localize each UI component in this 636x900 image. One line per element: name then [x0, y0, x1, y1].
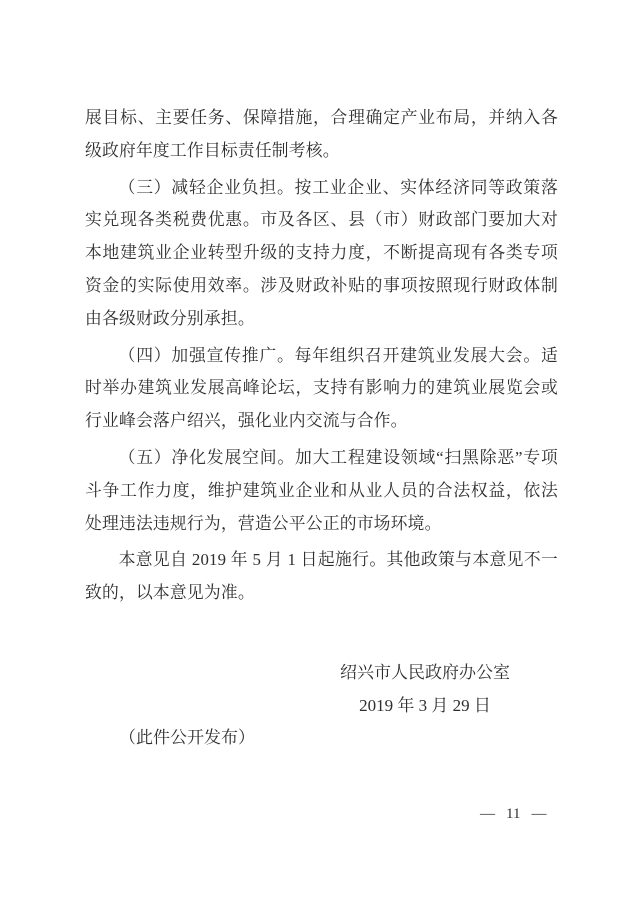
signature-date: 2019 年 3 月 29 日 — [340, 689, 510, 722]
document-page: 展目标、主要任务、保障措施，合理确定产业布局，并纳入各级政府年度工作目标责任制考… — [0, 0, 636, 900]
paragraph-item-5: （五）净化发展空间。加大工程建设领域“扫黑除恶”专项斗争工作力度，维护建筑业企业… — [85, 442, 558, 540]
signature-block: 绍兴市人民政府办公室 2019 年 3 月 29 日 — [340, 656, 510, 722]
page-number: 11 — [506, 803, 520, 825]
paragraph-effective-date: 本意见自 2019 年 5 月 1 日起施行。其他政策与本意见不一致的，以本意见… — [85, 544, 558, 610]
paragraph-continuation: 展目标、主要任务、保障措施，合理确定产业布局，并纳入各级政府年度工作目标责任制考… — [85, 102, 558, 168]
page-footer: — 11 — — [480, 803, 546, 825]
footer-dash-right: — — [531, 803, 546, 825]
paragraph-item-3: （三）减轻企业负担。按工业企业、实体经济同等政策落实兑现各类税费优惠。市及各区、… — [85, 172, 558, 336]
footer-dash-left: — — [480, 803, 495, 825]
publication-note: （此件公开发布） — [119, 721, 255, 754]
document-body: 展目标、主要任务、保障措施，合理确定产业布局，并纳入各级政府年度工作目标责任制考… — [85, 102, 558, 610]
paragraph-item-4: （四）加强宣传推广。每年组织召开建筑业发展大会。适时举办建筑业发展高峰论坛，支持… — [85, 340, 558, 438]
signature-issuer: 绍兴市人民政府办公室 — [340, 656, 510, 689]
